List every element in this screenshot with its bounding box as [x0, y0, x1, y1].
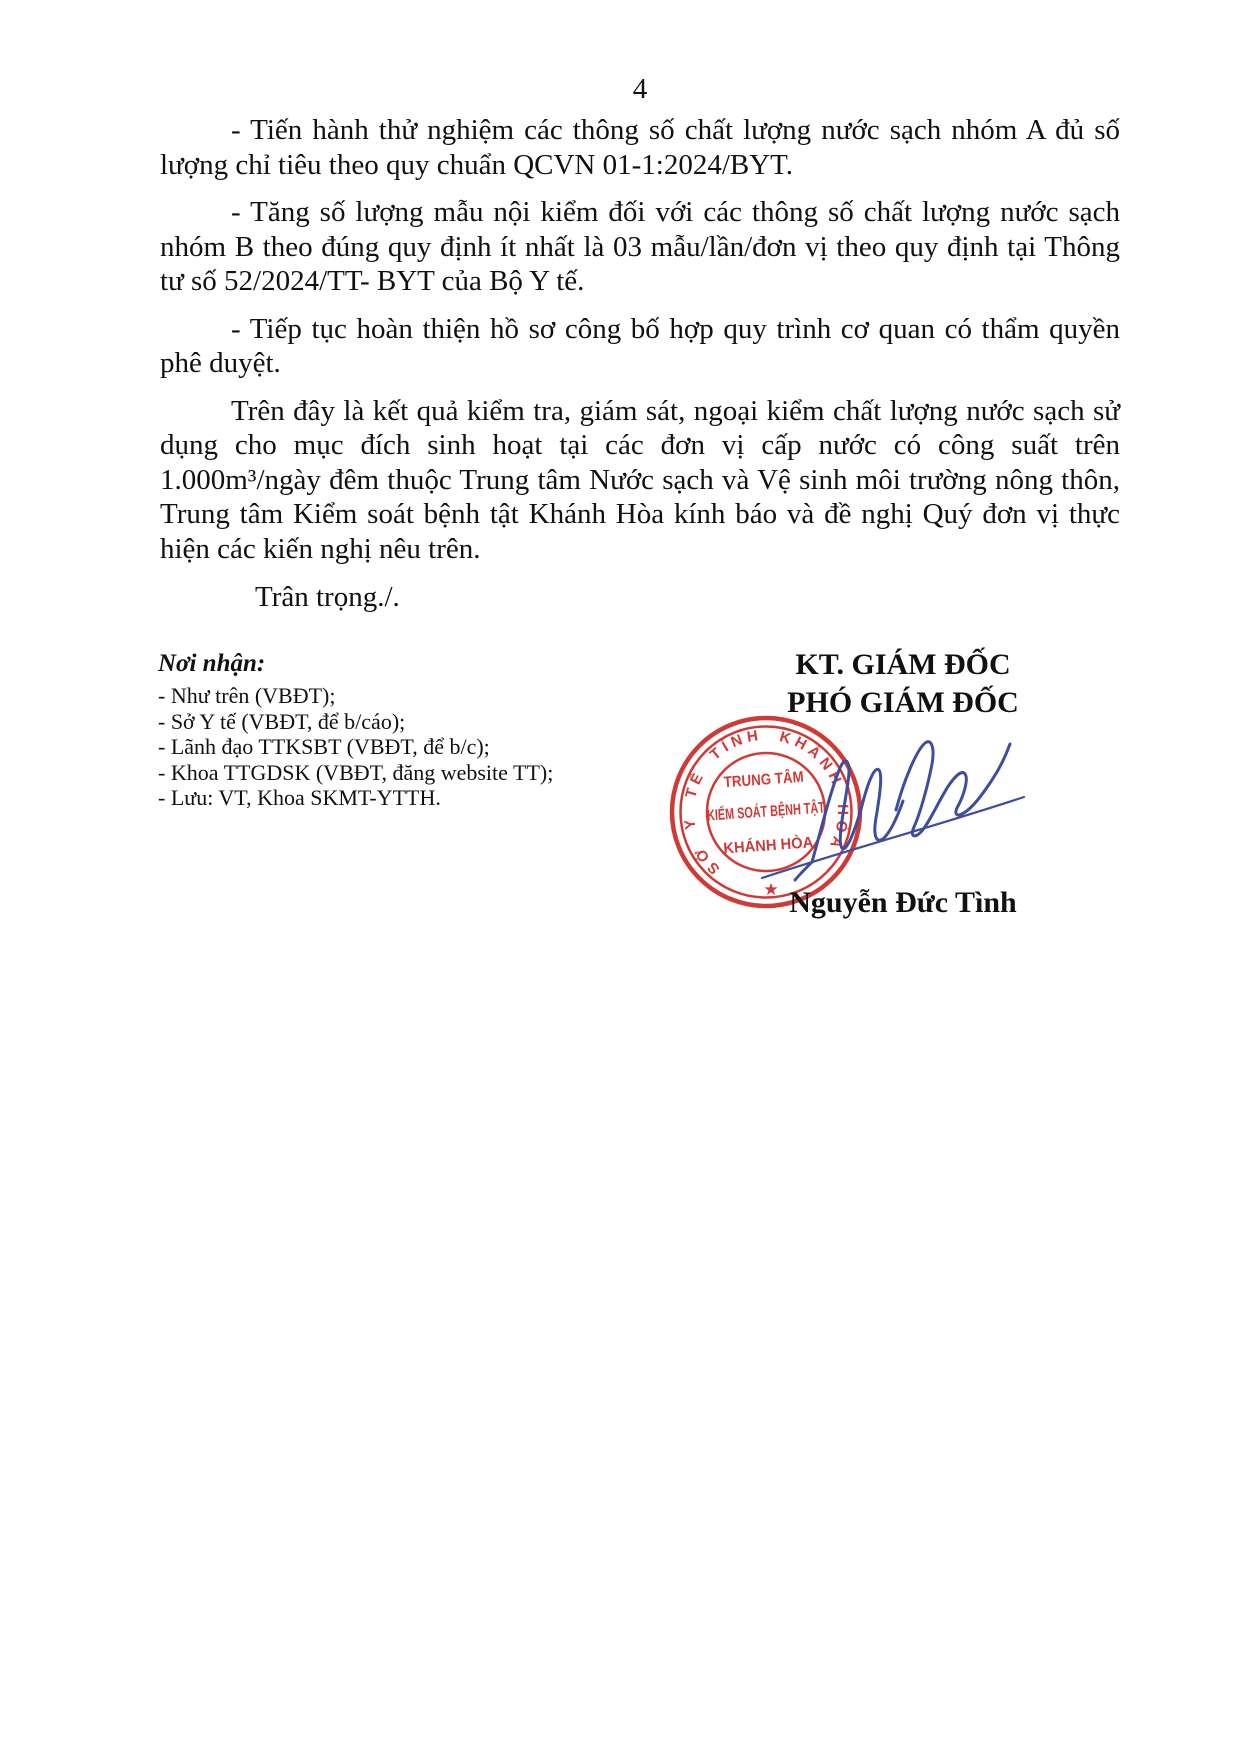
recipient-item: - Như trên (VBĐT);	[158, 683, 638, 709]
paragraph-4: Trên đây là kết quả kiểm tra, giám sát, …	[160, 394, 1120, 567]
paragraph-1: - Tiến hành thử nghiệm các thông số chất…	[160, 113, 1120, 182]
paragraph-2: - Tăng số lượng mẫu nội kiểm đối với các…	[160, 195, 1120, 299]
signature-stroke-right	[896, 742, 1010, 836]
paragraph-3: - Tiếp tục hoàn thiện hồ sơ công bố hợp …	[160, 312, 1120, 381]
signer-name: Nguyễn Đức Tình	[703, 886, 1103, 920]
recipients-block: Nơi nhận: - Như trên (VBĐT); - Sở Y tế (…	[158, 650, 638, 811]
signer-role-line1: KT. GIÁM ĐỐC	[703, 646, 1103, 684]
document-body: - Tiến hành thử nghiệm các thông số chất…	[160, 113, 1120, 628]
signature-underline-flourish	[762, 797, 1024, 878]
recipient-item: - Lãnh đạo TTKSBT (VBĐT, để b/c);	[158, 734, 638, 760]
recipients-title: Nơi nhận:	[158, 650, 638, 678]
closing-phrase: Trân trọng./.	[255, 580, 1120, 615]
recipient-item: - Khoa TTGDSK (VBĐT, đăng website TT);	[158, 760, 638, 786]
recipient-item: - Sở Y tế (VBĐT, để b/cáo);	[158, 709, 638, 735]
page-number: 4	[160, 72, 1120, 106]
document-page: 4 - Tiến hành thử nghiệm các thông số ch…	[0, 0, 1241, 1755]
recipient-item: - Lưu: VT, Khoa SKMT-YTTH.	[158, 785, 638, 811]
